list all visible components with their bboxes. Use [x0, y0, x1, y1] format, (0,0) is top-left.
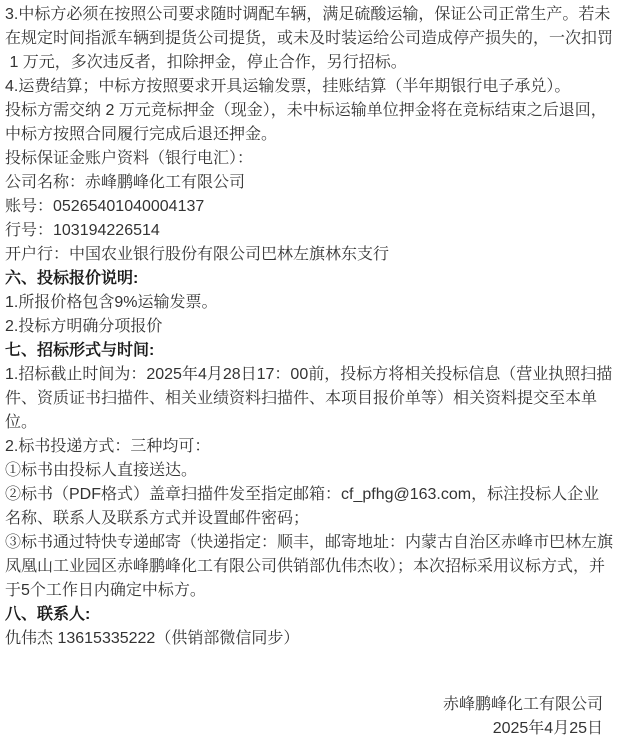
section-7-heading: 七、招标形式与时间:	[5, 339, 618, 363]
signature-block: 赤峰鹏峰化工有限公司 2025年4月25日	[5, 693, 618, 741]
company-name-line: 公司名称：赤峰鹏峰化工有限公司	[5, 171, 618, 195]
method-3-line-2: 凤凰山工业园区赤峰鹏峰化工有限公司供销部仇伟杰收）；本次招标采用议标方式，并	[5, 555, 618, 579]
tender-document: 3.中标方必须在按照公司要求随时调配车辆，满足硫酸运输，保证公司正常生产。若未 …	[0, 0, 624, 741]
clause-3-line-2: 在规定时间指派车辆到提货公司提货，或未及时装运给公司造成停产损失的，一次扣罚	[5, 27, 618, 51]
section-6-heading: 六、投标报价说明:	[5, 267, 618, 291]
section-8-heading: 八、联系人:	[5, 603, 618, 627]
bank-branch-line: 开户行：中国农业银行股份有限公司巴林左旗林东支行	[5, 243, 618, 267]
delivery-methods-line: 2.标书投递方式：三种均可：	[5, 435, 618, 459]
deadline-line-3: 位。	[5, 411, 618, 435]
clause-4-line: 4.运费结算；中标方按照要求开具运输发票，挂账结算（半年期银行电子承兑）。	[5, 75, 618, 99]
contact-line: 仇伟杰 13615335222（供销部微信同步）	[5, 627, 618, 651]
quote-note-1-line: 1.所报价格包含9%运输发票。	[5, 291, 618, 315]
bank-code-line: 行号：103194226514	[5, 219, 618, 243]
signature-date: 2025年4月25日	[5, 717, 603, 741]
account-number-line: 账号：05265401040004137	[5, 195, 618, 219]
signature-company: 赤峰鹏峰化工有限公司	[5, 693, 603, 717]
quote-note-2-line: 2.投标方明确分项报价	[5, 315, 618, 339]
method-1-line: ①标书由投标人直接送达。	[5, 459, 618, 483]
method-3-line-1: ③标书通过特快专递邮寄（快递指定：顺丰，邮寄地址：内蒙古自治区赤峰市巴林左旗	[5, 531, 618, 555]
method-2-line-2: 名称、联系人及联系方式并设置邮件密码；	[5, 507, 618, 531]
method-3-line-3: 于5个工作日内确定中标方。	[5, 579, 618, 603]
deposit-account-header-line: 投标保证金账户资料（银行电汇）：	[5, 147, 618, 171]
clause-3-line-3: 1 万元，多次违反者，扣除押金，停止合作，另行招标。	[5, 51, 618, 75]
clause-3-line-1: 3.中标方必须在按照公司要求随时调配车辆，满足硫酸运输，保证公司正常生产。若未	[5, 3, 618, 27]
deposit-line-2: 中标方按照合同履行完成后退还押金。	[5, 123, 618, 147]
method-2-line-1: ②标书（PDF格式）盖章扫描件发至指定邮箱：cf_pfhg@163.com，标注…	[5, 483, 618, 507]
deadline-line-1: 1.招标截止时间为：2025年4月28日17：00前，投标方将相关投标信息（营业…	[5, 363, 618, 387]
deadline-line-2: 件、资质证书扫描件、相关业绩资料扫描件、本项目报价单等）相关资料提交至本单	[5, 387, 618, 411]
deposit-line-1: 投标方需交纳 2 万元竞标押金（现金），未中标运输单位押金将在竞标结束之后退回，	[5, 99, 618, 123]
